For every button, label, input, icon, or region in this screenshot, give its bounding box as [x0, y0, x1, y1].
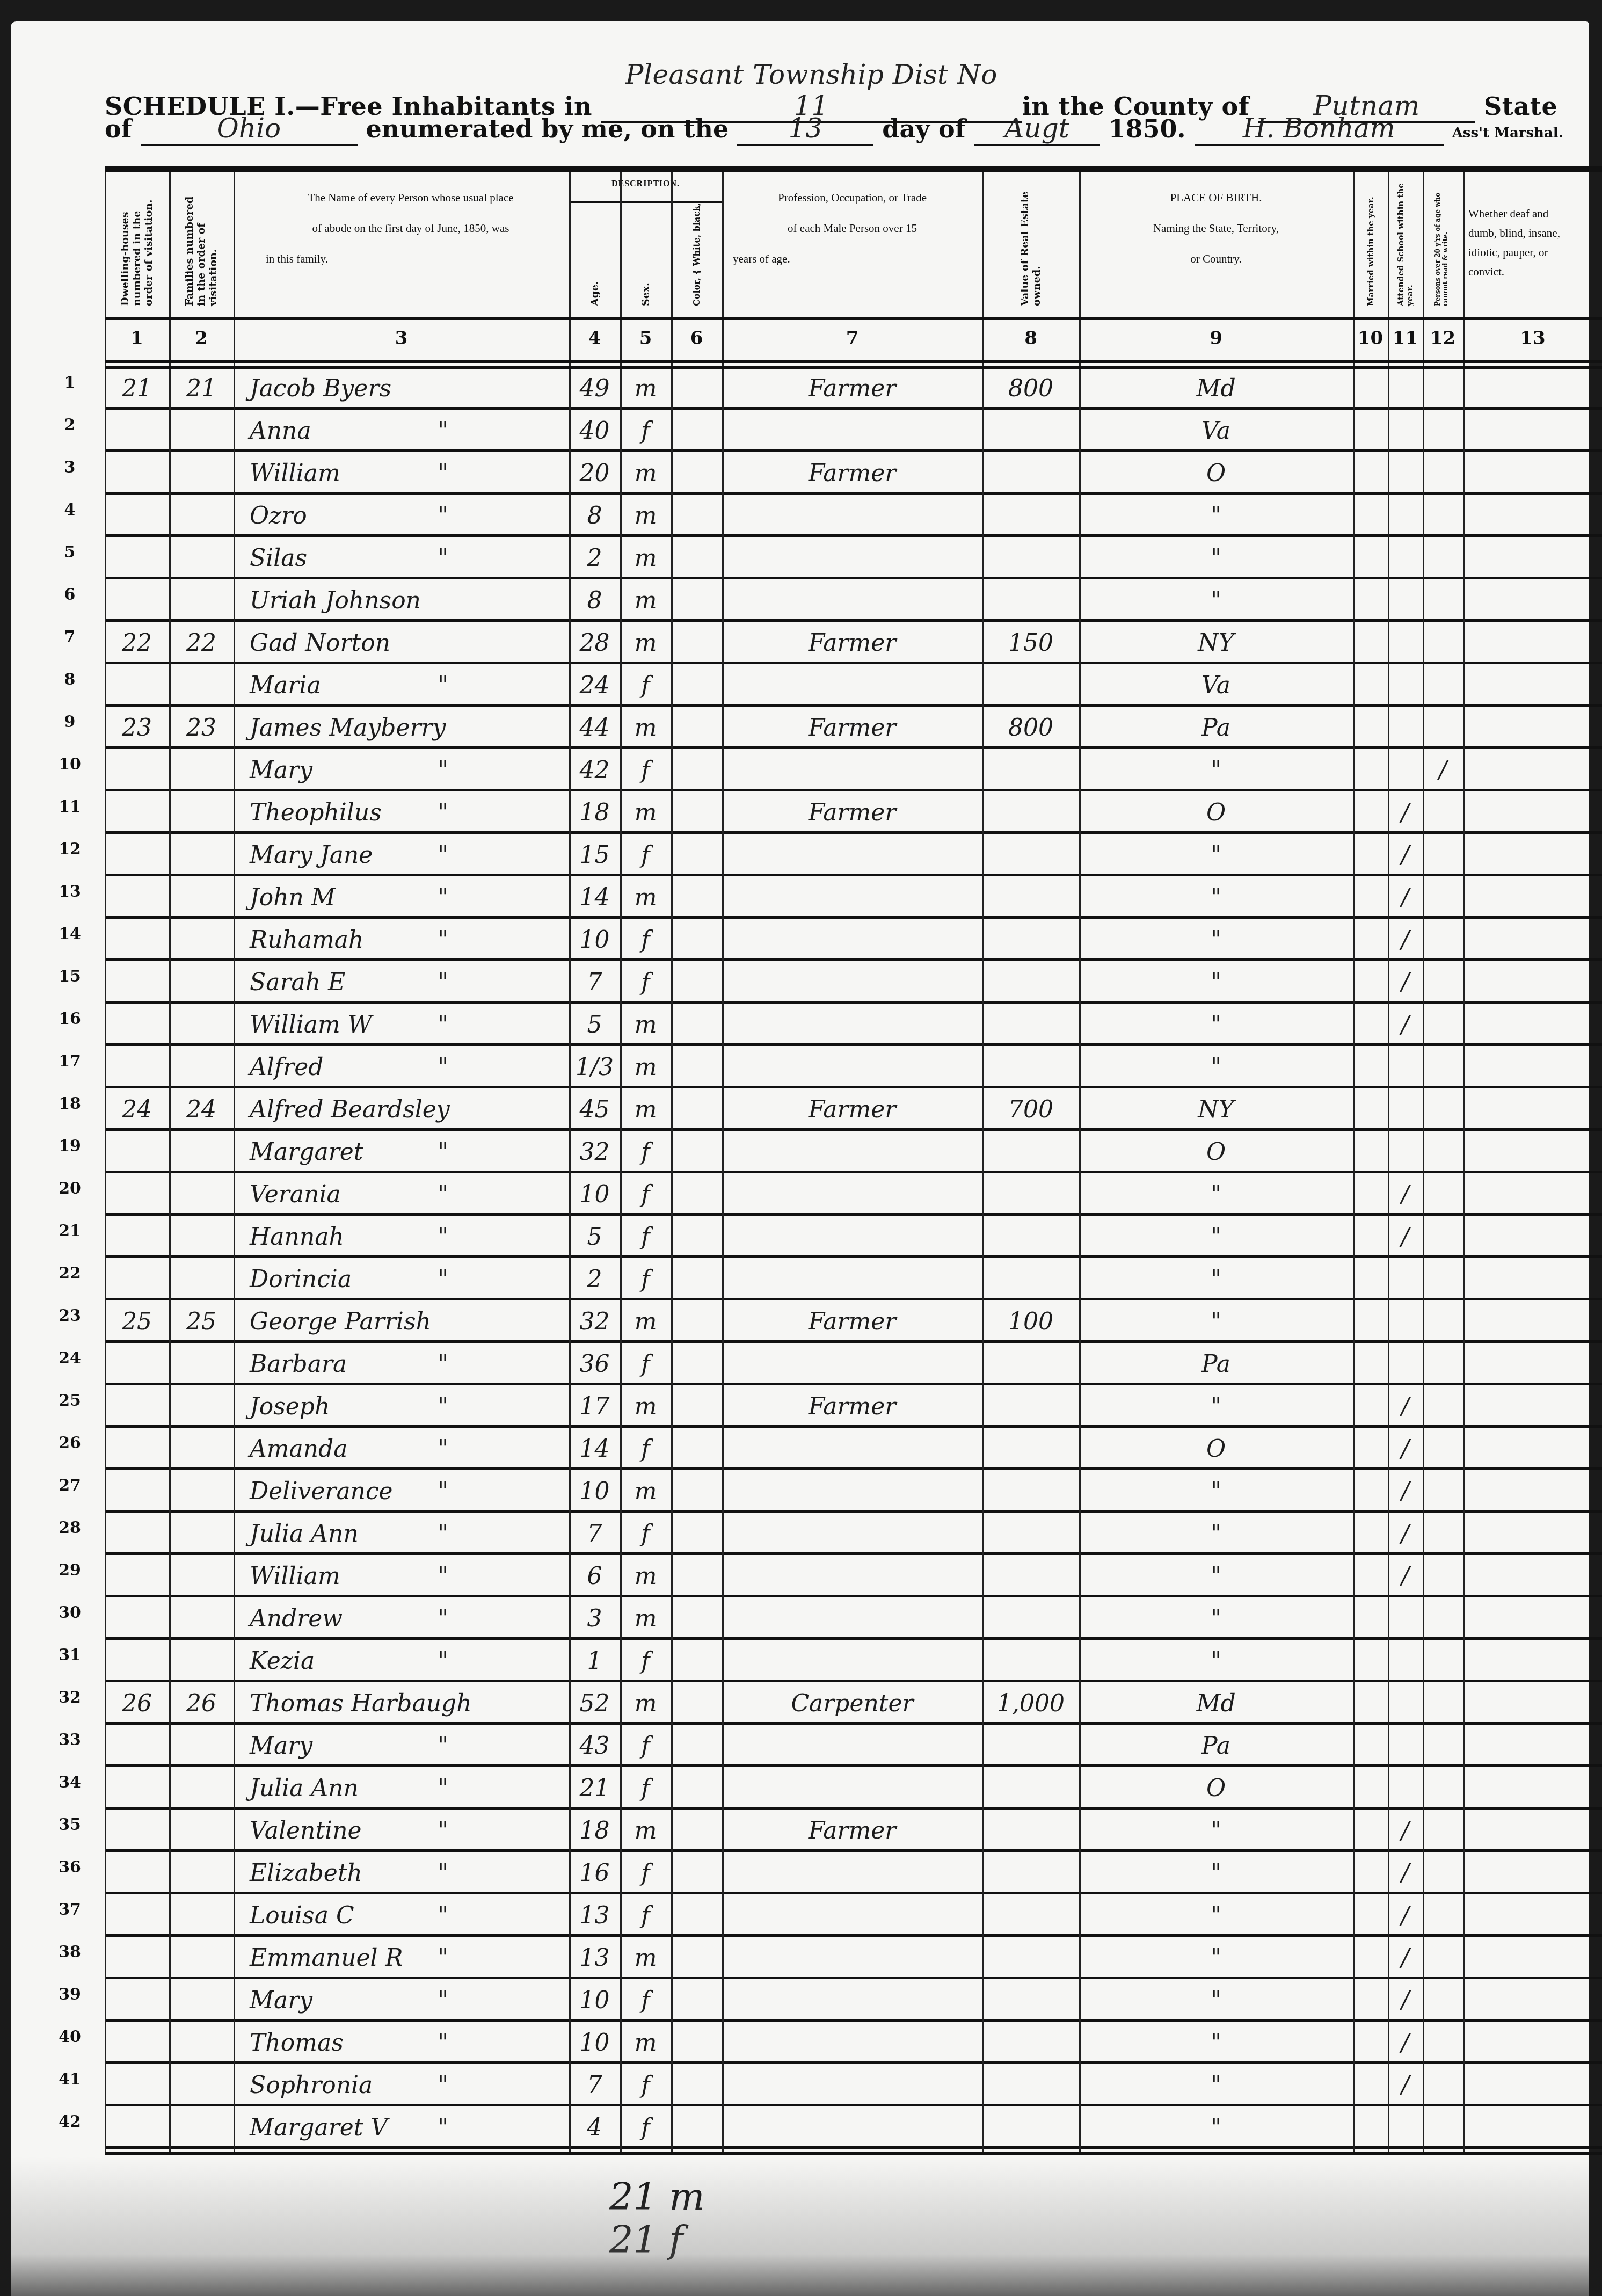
- cell-age: 5: [569, 1219, 620, 1255]
- surname-ditto-mark: ": [438, 1262, 448, 1297]
- cell-school: [1388, 541, 1423, 576]
- cell-color: [671, 1813, 722, 1849]
- cell-name: Alfred Beardsley: [234, 1092, 585, 1128]
- cell-birthplace: ": [1079, 1983, 1353, 2018]
- row-rule: [105, 1171, 1602, 1173]
- cell-illiterate: [1423, 2025, 1463, 2061]
- surname-ditto-mark: ": [438, 1644, 448, 1679]
- person-name: Silas: [250, 544, 307, 572]
- cell-family: [169, 456, 234, 491]
- table-row: Julia Ann"21fO3434: [105, 1768, 1602, 1810]
- cell-dwelling: [105, 1644, 169, 1679]
- cell-occupation: [722, 1135, 982, 1170]
- line-number-left: 16: [54, 1009, 86, 1028]
- cell-school: /: [1388, 1559, 1423, 1594]
- table-row: Alfred"1/3m"1717: [105, 1047, 1602, 1089]
- cell-name: Elizabeth": [234, 1856, 585, 1891]
- cell-illiterate: [1423, 1474, 1463, 1509]
- cell-family: [169, 541, 234, 576]
- cell-married: [1353, 1559, 1388, 1594]
- surname-ditto-mark: ": [438, 1050, 448, 1085]
- cell-dwelling: [105, 1813, 169, 1849]
- cell-real-estate: [982, 1516, 1079, 1552]
- cell-dwelling: [105, 668, 169, 703]
- cell-illiterate: [1423, 626, 1463, 661]
- column-number: 5: [620, 328, 671, 349]
- header-married: Married within the year.: [1353, 183, 1388, 311]
- cell-name: Andrew": [234, 1601, 585, 1637]
- cell-family: [169, 1347, 234, 1382]
- cell-married: [1353, 1092, 1388, 1128]
- cell-occupation: Farmer: [722, 1304, 982, 1340]
- surname-ditto-mark: ": [438, 753, 448, 788]
- cell-married: [1353, 541, 1388, 576]
- person-name: Verania: [250, 1181, 341, 1208]
- cell-age: 44: [569, 710, 620, 746]
- cell-school: /: [1388, 1389, 1423, 1425]
- cell-sex: f: [620, 1262, 671, 1297]
- cell-occupation: [722, 1432, 982, 1467]
- cell-occupation: [722, 668, 982, 703]
- cell-school: /: [1388, 1177, 1423, 1212]
- cell-dwelling: [105, 1262, 169, 1297]
- person-name: Deliverance: [250, 1478, 393, 1505]
- cell-color: [671, 1389, 722, 1425]
- cell-family: [169, 413, 234, 449]
- cell-sex: f: [620, 1347, 671, 1382]
- line-number-left: 17: [54, 1052, 86, 1071]
- cell-age: 20: [569, 456, 620, 491]
- cell-married: [1353, 753, 1388, 788]
- cell-illiterate: [1423, 1813, 1463, 1849]
- cell-dwelling: [105, 583, 169, 619]
- line-number-left: 3: [54, 458, 86, 477]
- cell-family: [169, 795, 234, 831]
- cell-age: 32: [569, 1135, 620, 1170]
- cell-illiterate: [1423, 1941, 1463, 1976]
- cell-married: [1353, 1389, 1388, 1425]
- cell-birthplace: Md: [1079, 371, 1353, 406]
- cell-age: 2: [569, 1262, 620, 1297]
- cell-occupation: [722, 2110, 982, 2146]
- person-name: Sophronia: [250, 2072, 373, 2099]
- cell-age: 7: [569, 1516, 620, 1552]
- cell-school: /: [1388, 922, 1423, 958]
- surname-ditto-mark: ": [438, 1559, 448, 1594]
- cell-illiterate: [1423, 1219, 1463, 1255]
- cell-name: Verania": [234, 1177, 585, 1212]
- cell-family: [169, 1135, 234, 1170]
- month-field: Augt: [974, 113, 1100, 146]
- cell-occupation: [722, 1559, 982, 1594]
- cell-sex: f: [620, 1177, 671, 1212]
- row-rule: [105, 789, 1602, 791]
- cell-family: [169, 1007, 234, 1043]
- line-number-left: 22: [54, 1264, 86, 1283]
- cell-school: /: [1388, 1007, 1423, 1043]
- column-divider: [1079, 172, 1081, 2155]
- cell-age: 6: [569, 1559, 620, 1594]
- cell-family: [169, 1898, 234, 1934]
- line-number-left: 21: [54, 1222, 86, 1240]
- cell-real-estate: [982, 753, 1079, 788]
- row-rule: [105, 1807, 1602, 1810]
- cell-illiterate: [1423, 583, 1463, 619]
- cell-family: [169, 880, 234, 916]
- cell-name: Mary": [234, 1983, 585, 2018]
- line-number-left: 10: [54, 755, 86, 774]
- cell-school: [1388, 1050, 1423, 1085]
- cell-family: 23: [169, 710, 234, 746]
- cell-color: [671, 1559, 722, 1594]
- line-number-left: 27: [54, 1476, 86, 1495]
- table-row: Ozro"8m"44: [105, 495, 1602, 537]
- cell-illiterate: [1423, 1347, 1463, 1382]
- cell-occupation: [722, 1771, 982, 1806]
- cell-infirmity: [1463, 1856, 1602, 1891]
- cell-age: 10: [569, 1474, 620, 1509]
- surname-ditto-mark: ": [438, 880, 448, 916]
- cell-married: [1353, 456, 1388, 491]
- cell-illiterate: [1423, 1177, 1463, 1212]
- cell-real-estate: [982, 1262, 1079, 1297]
- surname-ditto-mark: ": [438, 1898, 448, 1934]
- of-label: of: [105, 114, 132, 143]
- cell-real-estate: 1,000: [982, 1686, 1079, 1721]
- row-rule: [105, 1255, 1602, 1258]
- row-rule: [105, 1892, 1602, 1894]
- table-row: Deliverance"10m"/2727: [105, 1471, 1602, 1513]
- line-number-left: 23: [54, 1306, 86, 1325]
- cell-family: [169, 1983, 234, 2018]
- cell-birthplace: ": [1079, 1219, 1353, 1255]
- row-rule: [105, 2061, 1602, 2064]
- cell-family: [169, 583, 234, 619]
- cell-dwelling: [105, 1432, 169, 1467]
- cell-sex: f: [620, 1219, 671, 1255]
- row-rule: [105, 1001, 1602, 1004]
- cell-color: [671, 1177, 722, 1212]
- person-name: Hannah: [250, 1223, 344, 1251]
- state-field: Ohio: [141, 113, 358, 146]
- cell-occupation: Farmer: [722, 710, 982, 746]
- cell-color: [671, 668, 722, 703]
- cell-family: [169, 1856, 234, 1891]
- cell-birthplace: ": [1079, 1941, 1353, 1976]
- cell-dwelling: [105, 498, 169, 534]
- cell-occupation: [722, 880, 982, 916]
- cell-family: [169, 1262, 234, 1297]
- census-table: Dwelling-houses numbered in the order of…: [105, 166, 1602, 2175]
- table-row: Margaret V"4f"4242: [105, 2107, 1602, 2149]
- cell-occupation: Farmer: [722, 371, 982, 406]
- cell-illiterate: /: [1423, 753, 1463, 788]
- person-name: Mary: [250, 1987, 312, 2014]
- cell-sex: m: [620, 1007, 671, 1043]
- cell-illiterate: [1423, 1304, 1463, 1340]
- cell-family: 22: [169, 626, 234, 661]
- cell-illiterate: [1423, 838, 1463, 873]
- cell-infirmity: [1463, 1135, 1602, 1170]
- line-number-left: 33: [54, 1731, 86, 1749]
- marshal-label: Ass't Marshal.: [1452, 125, 1563, 141]
- cell-real-estate: [982, 2025, 1079, 2061]
- cell-married: [1353, 583, 1388, 619]
- cell-occupation: [722, 1644, 982, 1679]
- row-rule: [105, 704, 1602, 707]
- cell-color: [671, 838, 722, 873]
- cell-dwelling: 23: [105, 710, 169, 746]
- column-number: 6: [671, 328, 722, 349]
- cell-birthplace: ": [1079, 1856, 1353, 1891]
- cell-school: [1388, 456, 1423, 491]
- cell-name: Mary Jane": [234, 838, 585, 873]
- row-rule: [105, 2019, 1602, 2022]
- row-rule: [105, 662, 1602, 664]
- cell-sex: m: [620, 541, 671, 576]
- cell-occupation: [722, 583, 982, 619]
- cell-sex: m: [620, 1304, 671, 1340]
- cell-illiterate: [1423, 1644, 1463, 1679]
- line-number-left: 41: [54, 2070, 86, 2089]
- cell-color: [671, 1304, 722, 1340]
- table-row: Mary Jane"15f"/1212: [105, 834, 1602, 877]
- table-row: William"20mFarmerO33: [105, 453, 1602, 495]
- row-rule: [105, 958, 1602, 961]
- table-row: Dorincia"2f"2222: [105, 1259, 1602, 1301]
- cell-dwelling: [105, 1728, 169, 1764]
- table-row: Kezia"1f"3131: [105, 1640, 1602, 1683]
- row-rule: [105, 916, 1602, 919]
- surname-ditto-mark: ": [438, 1219, 448, 1255]
- line-number-left: 31: [54, 1646, 86, 1665]
- cell-real-estate: 800: [982, 371, 1079, 406]
- cell-birthplace: ": [1079, 2068, 1353, 2103]
- cell-school: /: [1388, 2025, 1423, 2061]
- cell-occupation: [722, 1601, 982, 1637]
- cell-color: [671, 413, 722, 449]
- cell-family: 21: [169, 371, 234, 406]
- cell-age: 49: [569, 371, 620, 406]
- line-number-left: 12: [54, 840, 86, 859]
- table-row: Maria"24fVa88: [105, 665, 1602, 707]
- cell-occupation: Farmer: [722, 1813, 982, 1849]
- cell-sex: f: [620, 1898, 671, 1934]
- cell-real-estate: [982, 1601, 1079, 1637]
- cell-married: [1353, 1050, 1388, 1085]
- cell-sex: m: [620, 371, 671, 406]
- cell-dwelling: [105, 2068, 169, 2103]
- person-name: Sarah E: [250, 969, 345, 996]
- row-rule: [105, 1722, 1602, 1725]
- cell-sex: m: [620, 1474, 671, 1509]
- row-rule: [105, 492, 1602, 495]
- cell-infirmity: [1463, 1813, 1602, 1849]
- surname-ditto-mark: ": [438, 1516, 448, 1552]
- surname-ditto-mark: ": [438, 1474, 448, 1509]
- cell-sex: m: [620, 1941, 671, 1976]
- title-line-2: of Ohio enumerated by me, on the 13 day …: [105, 113, 1563, 146]
- row-rule: [105, 1425, 1602, 1428]
- cell-color: [671, 880, 722, 916]
- table-row: Margaret"32fO1919: [105, 1131, 1602, 1174]
- row-rule: [105, 1764, 1602, 1767]
- person-name: Margaret: [250, 1138, 363, 1166]
- cell-family: [169, 965, 234, 1000]
- header-name-line: of abode on the first day of June, 1850,…: [250, 213, 572, 244]
- cell-birthplace: ": [1079, 753, 1353, 788]
- cell-married: [1353, 1728, 1388, 1764]
- cell-age: 10: [569, 1177, 620, 1212]
- cell-married: [1353, 922, 1388, 958]
- tally-male: 21 m: [609, 2175, 705, 2219]
- cell-occupation: [722, 1728, 982, 1764]
- surname-ditto-mark: ": [438, 965, 448, 1000]
- cell-dwelling: [105, 1219, 169, 1255]
- cell-infirmity: [1463, 1686, 1602, 1721]
- day-field: 13: [737, 113, 873, 146]
- cell-dwelling: 24: [105, 1092, 169, 1128]
- cell-sex: m: [620, 583, 671, 619]
- cell-sex: f: [620, 838, 671, 873]
- cell-family: [169, 1389, 234, 1425]
- cell-family: [169, 1941, 234, 1976]
- cell-illiterate: [1423, 1856, 1463, 1891]
- cell-color: [671, 1728, 722, 1764]
- cell-name: William W": [234, 1007, 585, 1043]
- header-age: Age.: [569, 204, 620, 311]
- cell-age: 36: [569, 1347, 620, 1382]
- cell-age: 7: [569, 2068, 620, 2103]
- cell-birthplace: Pa: [1079, 710, 1353, 746]
- cell-real-estate: [982, 1856, 1079, 1891]
- cell-occupation: [722, 1007, 982, 1043]
- person-name: Julia Ann: [250, 1775, 359, 1802]
- cell-color: [671, 710, 722, 746]
- cell-infirmity: [1463, 965, 1602, 1000]
- cell-school: [1388, 753, 1423, 788]
- cell-family: [169, 668, 234, 703]
- line-number-left: 24: [54, 1349, 86, 1368]
- cell-birthplace: ": [1079, 1050, 1353, 1085]
- cell-dwelling: [105, 922, 169, 958]
- cell-real-estate: [982, 1474, 1079, 1509]
- row-rule: [105, 619, 1602, 622]
- cell-occupation: [722, 838, 982, 873]
- cell-age: 13: [569, 1941, 620, 1976]
- cell-color: [671, 1474, 722, 1509]
- cell-married: [1353, 1983, 1388, 2018]
- table-row: Elizabeth"16f"/3636: [105, 1852, 1602, 1895]
- line-number-left: 40: [54, 2028, 86, 2046]
- cell-real-estate: 100: [982, 1304, 1079, 1340]
- cell-sex: m: [620, 1686, 671, 1721]
- table-row: John M"14m"/1313: [105, 877, 1602, 919]
- cell-family: [169, 1177, 234, 1212]
- column-number: 7: [722, 328, 982, 349]
- cell-name: Theophilus": [234, 795, 585, 831]
- header-sex: Sex.: [620, 204, 671, 311]
- cell-name: Deliverance": [234, 1474, 585, 1509]
- table-row: 2222Gad Norton28mFarmer150NY77: [105, 622, 1602, 665]
- cell-real-estate: [982, 2068, 1079, 2103]
- cell-age: 52: [569, 1686, 620, 1721]
- cell-family: [169, 1050, 234, 1085]
- cell-school: /: [1388, 1432, 1423, 1467]
- cell-color: [671, 922, 722, 958]
- cell-infirmity: [1463, 753, 1602, 788]
- person-name: Elizabeth: [250, 1859, 362, 1887]
- cell-age: 16: [569, 1856, 620, 1891]
- cell-infirmity: [1463, 1007, 1602, 1043]
- row-rule: [105, 1595, 1602, 1597]
- cell-dwelling: [105, 965, 169, 1000]
- cell-illiterate: [1423, 371, 1463, 406]
- cell-school: [1388, 583, 1423, 619]
- cell-dwelling: [105, 2025, 169, 2061]
- line-number-left: 1: [54, 373, 86, 392]
- cell-age: 8: [569, 498, 620, 534]
- cell-occupation: Farmer: [722, 456, 982, 491]
- table-row: Mary"42f"/1010: [105, 750, 1602, 792]
- cell-infirmity: [1463, 1389, 1602, 1425]
- cell-illiterate: [1423, 1898, 1463, 1934]
- table-row: 2626Thomas Harbaugh52mCarpenter1,000Md32…: [105, 1683, 1602, 1725]
- table-row: Louisa C"13f"/3737: [105, 1895, 1602, 1937]
- cell-real-estate: [982, 1135, 1079, 1170]
- header-real-estate: Value of Real Estate owned.: [982, 183, 1079, 311]
- cell-dwelling: [105, 838, 169, 873]
- column-number: 12: [1423, 328, 1463, 349]
- row-rule: [105, 1340, 1602, 1343]
- enumerated-label: enumerated by me, on the: [366, 114, 729, 143]
- column-divider: [722, 172, 724, 2155]
- cell-age: 43: [569, 1728, 620, 1764]
- surname-ditto-mark: ": [438, 1771, 448, 1806]
- cell-real-estate: [982, 795, 1079, 831]
- cell-infirmity: [1463, 838, 1602, 873]
- cell-infirmity: [1463, 583, 1602, 619]
- cell-dwelling: [105, 880, 169, 916]
- cell-birthplace: Va: [1079, 668, 1353, 703]
- cell-school: /: [1388, 838, 1423, 873]
- table-row: Anna"40fVa22: [105, 410, 1602, 453]
- cell-real-estate: [982, 1728, 1079, 1764]
- person-name: Emmanuel R: [250, 1944, 403, 1972]
- cell-real-estate: [982, 1983, 1079, 2018]
- cell-infirmity: [1463, 2068, 1602, 2103]
- person-name: Uriah Johnson: [250, 587, 421, 614]
- cell-name: Sophronia": [234, 2068, 585, 2103]
- cell-age: 2: [569, 541, 620, 576]
- cell-birthplace: ": [1079, 922, 1353, 958]
- table-row: 2525George Parrish32mFarmer100"2323: [105, 1301, 1602, 1343]
- cell-age: 5: [569, 1007, 620, 1043]
- surname-ditto-mark: ": [438, 413, 448, 449]
- cell-sex: m: [620, 498, 671, 534]
- cell-school: [1388, 1686, 1423, 1721]
- cell-occupation: [722, 1856, 982, 1891]
- cell-family: 25: [169, 1304, 234, 1340]
- table-row: Mary"43fPa3333: [105, 1725, 1602, 1768]
- column-number: 3: [234, 328, 569, 349]
- cell-infirmity: [1463, 626, 1602, 661]
- cell-sex: f: [620, 1135, 671, 1170]
- cell-infirmity: [1463, 2025, 1602, 2061]
- cell-name: James Mayberry: [234, 710, 585, 746]
- table-row: Silas"2m"55: [105, 537, 1602, 580]
- cell-birthplace: ": [1079, 838, 1353, 873]
